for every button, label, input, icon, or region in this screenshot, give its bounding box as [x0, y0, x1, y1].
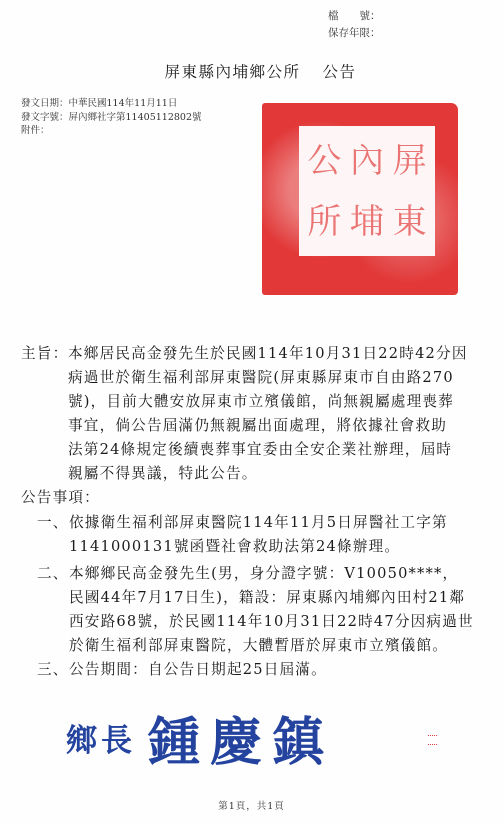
issue-ref-value: 屏內鄉社字第11405112802號: [69, 112, 202, 123]
seal-char: 內: [346, 130, 389, 191]
page-number: 第1頁，共1頁: [0, 798, 503, 812]
item-number: 二、: [37, 563, 69, 585]
item-line: 民國44年7月17日生)，籍設：屏東縣內埔鄉內田村21鄰: [69, 587, 465, 609]
item-line: 1141000131號函暨社會救助法第24條辦理。: [69, 536, 400, 558]
agency-name: 屏東縣內埔鄉公所: [164, 63, 300, 81]
issue-info: 發文日期：中華民國114年11月11日 發文字號：屏內鄉社字第114051128…: [21, 97, 202, 138]
subject-line: 親屬不得異議，特此公告。: [68, 463, 258, 485]
signature-name: 鍾慶鎮: [148, 713, 334, 773]
seal-inscription: 屏 東 內 埔 公 所: [299, 126, 435, 256]
items-list: 一、 依據衛生福利部屏東醫院114年11月5日屏醫社工字第 1141000131…: [37, 512, 497, 712]
item-line: 本鄉鄉民高金發先生(男，身分證字號：V10050****，: [69, 563, 458, 585]
official-seal-stamp: 屏 東 內 埔 公 所: [262, 103, 458, 295]
issue-date-value: 中華民國114年11月11日: [69, 98, 178, 109]
seal-char: 埔: [346, 191, 389, 252]
item-number: 三、: [37, 659, 69, 681]
subject-line: 法第24條規定後續喪葬事宜委由全安企業社辦理，屆時: [68, 439, 452, 461]
file-meta: 檔 號： 保存年限：: [328, 8, 381, 42]
subject-line: 號)，目前大體安放屏東市立殯儀館，尚無親屬處理喪葬: [68, 391, 454, 413]
subject-label: 主旨：: [21, 343, 68, 365]
item-line: 公告期間：自公告日期起25日屆滿。: [69, 659, 327, 681]
item-line: 西安路68號，於民國114年10月31日22時47分因病過世: [69, 611, 474, 633]
item-number: 一、: [37, 512, 69, 534]
seal-char: 屏: [388, 130, 431, 191]
item-line: 依據衛生福利部屏東醫院114年11月5日屏醫社工字第: [69, 512, 448, 534]
subject-line: 事宜，倘公告屆滿仍無親屬出面處理，將依據社會救助: [68, 415, 447, 437]
signature-stamp: 鄉長鍾慶鎮: [66, 700, 334, 775]
items-heading: 公告事項：: [21, 487, 100, 509]
doc-type: 公告: [323, 63, 357, 81]
archive-number-label: 檔 號：: [328, 8, 381, 25]
subject-line: 病過世於衛生福利部屏東醫院(屏東縣屏東市自由路270: [68, 367, 454, 389]
seal-char: 所: [303, 191, 346, 252]
issue-ref: 發文字號：屏內鄉社字第11405112802號: [21, 111, 202, 125]
page-title: 屏東縣內埔鄉公所公告: [0, 60, 503, 82]
issue-date: 發文日期：中華民國114年11月11日: [21, 97, 202, 111]
attachment: 附件：: [21, 124, 202, 138]
retention-period-label: 保存年限：: [328, 25, 381, 42]
item-line: 於衛生福利部屏東醫院，大體暫厝於屏東市立殯儀館。: [69, 635, 448, 657]
signature-title: 鄉長: [66, 723, 136, 759]
small-red-mark: [428, 735, 437, 745]
subject-line: 本鄉居民高金發先生於民國114年10月31日22時42分因: [68, 343, 468, 365]
seal-char: 東: [388, 191, 431, 252]
seal-char: 公: [303, 130, 346, 191]
